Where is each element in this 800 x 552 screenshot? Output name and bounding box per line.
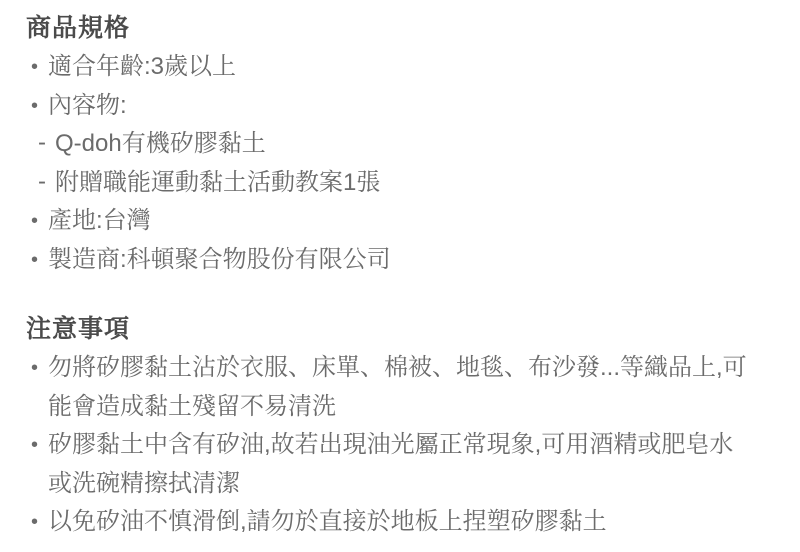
precaution-item-text: 矽膠黏土中含有矽油,故若出現油光屬正常現象,可用酒精或肥皂水或洗碗精擦拭清潔 <box>48 431 733 497</box>
precautions-heading: 注意事項 <box>26 315 774 343</box>
specs-heading: 商品規格 <box>26 14 774 42</box>
spec-subitem-text: Q-doh有機矽膠黏土 <box>55 130 266 157</box>
spec-item-text: 內容物: <box>48 92 127 119</box>
precaution-item: • 以免矽油不慎滑倒,請勿於直接於地板上捏塑矽膠黏土 <box>26 503 752 542</box>
precautions-section: 注意事項 • 勿將矽膠黏土沾於衣服、床單、棉被、地毯、布沙發...等織品上,可能… <box>26 315 774 542</box>
precaution-item-text: 勿將矽膠黏土沾於衣服、床單、棉被、地毯、布沙發...等織品上,可能會造成黏土殘留… <box>48 354 747 420</box>
spec-item: • 內容物: <box>26 87 774 126</box>
product-specs-section: 商品規格 • 適合年齡:3歲以上 • 內容物: - Q-doh有機矽膠黏土 - … <box>26 14 774 279</box>
spec-subitem: - Q-doh有機矽膠黏土 <box>26 125 774 164</box>
spec-subitem: - 附贈職能運動黏土活動教案1張 <box>26 164 774 203</box>
precaution-item: • 勿將矽膠黏土沾於衣服、床單、棉被、地毯、布沙發...等織品上,可能會造成黏土… <box>26 349 752 426</box>
bullet-icon: • <box>31 48 38 87</box>
bullet-icon: • <box>31 349 38 388</box>
precaution-item-text: 以免矽油不慎滑倒,請勿於直接於地板上捏塑矽膠黏土 <box>48 508 607 535</box>
spec-subitem-text: 附贈職能運動黏土活動教案1張 <box>55 169 380 196</box>
product-description-page: 商品規格 • 適合年齡:3歲以上 • 內容物: - Q-doh有機矽膠黏土 - … <box>0 0 800 552</box>
precaution-item: • 矽膠黏土中含有矽油,故若出現油光屬正常現象,可用酒精或肥皂水或洗碗精擦拭清潔 <box>26 426 752 503</box>
spec-item-text: 適合年齡:3歲以上 <box>48 53 236 80</box>
bullet-icon: • <box>31 87 38 126</box>
bullet-icon: • <box>31 202 38 241</box>
precautions-list: • 勿將矽膠黏土沾於衣服、床單、棉被、地毯、布沙發...等織品上,可能會造成黏土… <box>26 349 752 542</box>
spec-item-text: 產地:台灣 <box>48 207 151 234</box>
specs-list: • 適合年齡:3歲以上 • 內容物: - Q-doh有機矽膠黏土 - 附贈職能運… <box>26 48 774 279</box>
dash-icon: - <box>38 163 46 202</box>
dash-icon: - <box>38 124 46 163</box>
spec-item: • 適合年齡:3歲以上 <box>26 48 774 87</box>
bullet-icon: • <box>31 241 38 280</box>
spec-item-text: 製造商:科頓聚合物股份有限公司 <box>48 246 391 273</box>
bullet-icon: • <box>31 426 38 465</box>
spec-item: • 產地:台灣 <box>26 202 774 241</box>
spec-item: • 製造商:科頓聚合物股份有限公司 <box>26 241 774 280</box>
bullet-icon: • <box>31 503 38 542</box>
